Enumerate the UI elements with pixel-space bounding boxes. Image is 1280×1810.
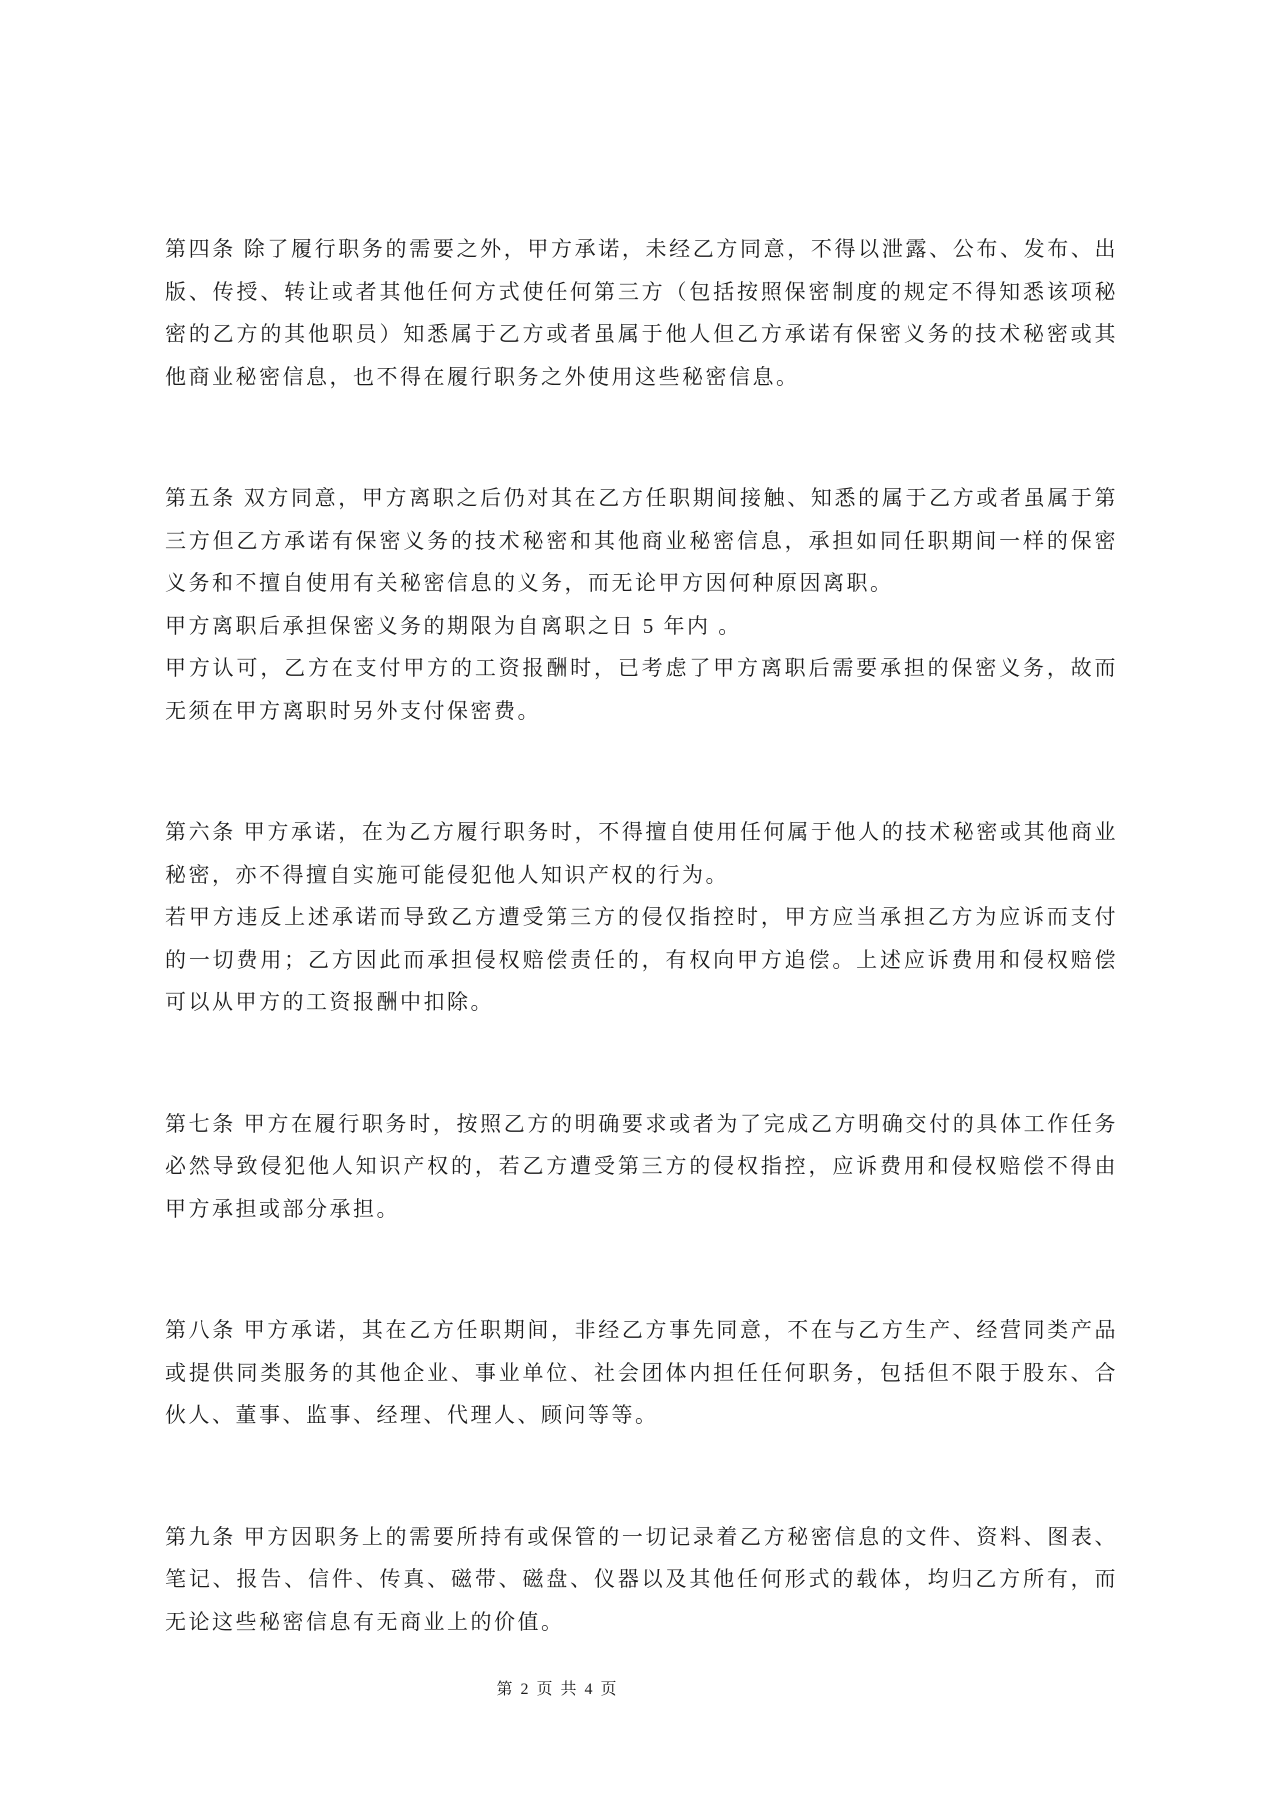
contract-paragraph: 第八条 甲方承诺，其在乙方任职期间，非经乙方事先同意，不在与乙方生产、经营同类产… (165, 1309, 1118, 1437)
contract-section-article-4: 第四条 除了履行职务的需要之外，甲方承诺，未经乙方同意，不得以泄露、公布、发布、… (165, 228, 1118, 398)
contract-section-article-8: 第八条 甲方承诺，其在乙方任职期间，非经乙方事先同意，不在与乙方生产、经营同类产… (165, 1309, 1118, 1437)
page-number-footer: 第 2 页 共 4 页 (0, 1676, 1115, 1699)
contract-section-article-5: 第五条 双方同意，甲方离职之后仍对其在乙方任职期间接触、知悉的属于乙方或者虽属于… (165, 477, 1118, 732)
contract-section-article-6: 第六条 甲方承诺，在为乙方履行职务时，不得擅自使用任何属于他人的技术秘密或其他商… (165, 811, 1118, 1024)
contract-paragraph: 第六条 甲方承诺，在为乙方履行职务时，不得擅自使用任何属于他人的技术秘密或其他商… (165, 811, 1118, 896)
contract-paragraph: 第四条 除了履行职务的需要之外，甲方承诺，未经乙方同意，不得以泄露、公布、发布、… (165, 228, 1118, 398)
contract-paragraph: 甲方认可，乙方在支付甲方的工资报酬时，已考虑了甲方离职后需要承担的保密义务，故而… (165, 647, 1118, 732)
contract-section-article-7: 第七条 甲方在履行职务时，按照乙方的明确要求或者为了完成乙方明确交付的具体工作任… (165, 1103, 1118, 1231)
contract-paragraph: 第七条 甲方在履行职务时，按照乙方的明确要求或者为了完成乙方明确交付的具体工作任… (165, 1103, 1118, 1231)
contract-paragraph: 甲方离职后承担保密义务的期限为自离职之日 5 年内 。 (165, 605, 1118, 648)
contract-paragraph: 若甲方违反上述承诺而导致乙方遭受第三方的侵仅指控时，甲方应当承担乙方为应诉而支付… (165, 896, 1118, 1024)
contract-paragraph: 第九条 甲方因职务上的需要所持有或保管的一切记录着乙方秘密信息的文件、资料、图表… (165, 1516, 1118, 1644)
contract-paragraph: 第五条 双方同意，甲方离职之后仍对其在乙方任职期间接触、知悉的属于乙方或者虽属于… (165, 477, 1118, 605)
document-body: 第四条 除了履行职务的需要之外，甲方承诺，未经乙方同意，不得以泄露、公布、发布、… (165, 228, 1118, 1643)
document-page: 第四条 除了履行职务的需要之外，甲方承诺，未经乙方同意，不得以泄露、公布、发布、… (0, 0, 1280, 1810)
contract-section-article-9: 第九条 甲方因职务上的需要所持有或保管的一切记录着乙方秘密信息的文件、资料、图表… (165, 1516, 1118, 1644)
